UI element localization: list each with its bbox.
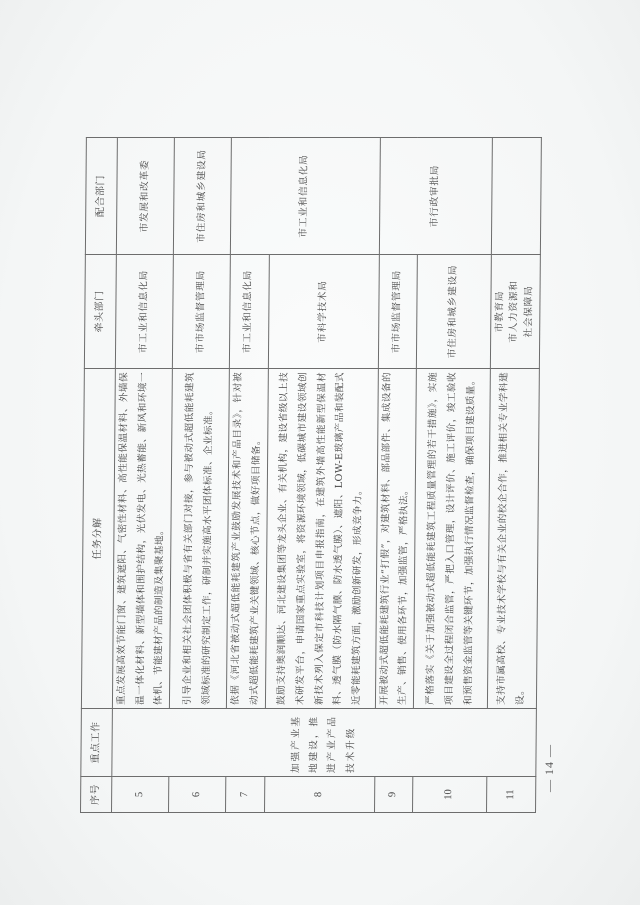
lead-department: 市市场监督管理局 xyxy=(378,255,417,369)
header-lead-department: 牵头部门 xyxy=(84,255,116,369)
header-support-department: 配合部门 xyxy=(85,138,117,255)
support-department-name: 市住房和城乡建设局 xyxy=(195,141,211,251)
task-text: 鼓励支持奥润顺达、河北建设集团等龙头企业、有关机构，建设省级以上技术研发平台，申… xyxy=(265,369,378,709)
support-department-name: 市行政审批局 xyxy=(428,141,444,251)
table-row: 5 加强产业基地建设，推进产业产品技术升级 重点发展高效节能门窗、建筑遮阳、气密… xyxy=(112,138,175,813)
page-number: — 14 — xyxy=(542,738,556,798)
row-index: 6 xyxy=(169,777,226,813)
row-index: 7 xyxy=(226,777,265,813)
lead-department: 市教育局 市人力资源和 社会保障局 xyxy=(490,255,540,369)
lead-department: 市科学技术局 xyxy=(268,255,379,369)
lead-department: 市市场监督管理局 xyxy=(172,255,230,369)
header-key-work: 重点工作 xyxy=(81,709,113,777)
support-department-name: 市发展和改革委 xyxy=(138,141,154,251)
lead-department-name: 市住房和城乡建设局 xyxy=(446,258,462,365)
support-department: 市发展和改革委 xyxy=(116,138,174,255)
task-text: 开展被动式超低能耗建筑行业“打假”，对建筑材料、部品部件、集成设备的生产、销售、… xyxy=(375,369,416,709)
lead-department: 市住房和城乡建设局 xyxy=(416,255,491,369)
support-department: 市住房和城乡建设局 xyxy=(173,138,231,255)
header-task: 任务分解 xyxy=(81,369,115,709)
row-index: 5 xyxy=(112,777,169,813)
support-department-name: 市工业和信息化局 xyxy=(297,141,313,251)
lead-department-name: 市市场监督管理局 xyxy=(390,258,406,365)
key-work-cell: 加强产业基地建设，推进产业产品技术升级 xyxy=(112,709,537,777)
task-text: 支持市属高校、专业技术学校与有关企业的校企合作，推进相关专业学科建设。 xyxy=(487,369,539,709)
support-department: 市工业和信息化局 xyxy=(230,138,379,255)
task-text: 严格落实《关于加强被动式超低能耗建筑工程质量管理的若干措施》，实施项目建设全过程… xyxy=(413,369,490,709)
lead-department-name: 市人力资源和 xyxy=(507,258,523,365)
task-text: 重点发展高效节能门窗、建筑遮阳、气密性材料、高性能保温材料、外墙保温一体化材料、… xyxy=(112,369,172,709)
lead-department-name: 市工业和信息化局 xyxy=(137,258,153,365)
row-index: 10 xyxy=(412,777,486,813)
lead-department-name: 市科学技术局 xyxy=(315,258,331,365)
lead-department-name: 市市场监督管理局 xyxy=(194,258,210,365)
rotated-table-container: 序号 重点工作 任务分解 牵头部门 配合部门 5 加强产业基地建设，推进产业产品… xyxy=(80,138,536,813)
lead-department-name: 市教育局 xyxy=(493,258,509,365)
lead-department-name: 市工业和信息化局 xyxy=(241,258,257,365)
lead-department-name: 社会保障局 xyxy=(522,258,538,365)
row-index: 11 xyxy=(486,777,535,813)
row-index: 9 xyxy=(374,777,413,813)
task-text: 引导企业和相关社会团体积极与省有关部门对接，参与被动式超低能耗建筑领域标准的研究… xyxy=(170,369,230,709)
header-index: 序号 xyxy=(81,777,112,813)
lead-department: 市工业和信息化局 xyxy=(229,255,268,369)
support-department xyxy=(491,138,541,255)
task-text: 依据《河北省被动式超低能耗建筑产业鼓励发展技术和产品目录》，针对被动式超低能耗建… xyxy=(227,369,268,709)
lead-department: 市工业和信息化局 xyxy=(115,255,173,369)
support-department: 市行政审批局 xyxy=(379,138,492,255)
task-allocation-table: 序号 重点工作 任务分解 牵头部门 配合部门 5 加强产业基地建设，推进产业产品… xyxy=(80,137,542,813)
row-index: 8 xyxy=(264,777,374,813)
